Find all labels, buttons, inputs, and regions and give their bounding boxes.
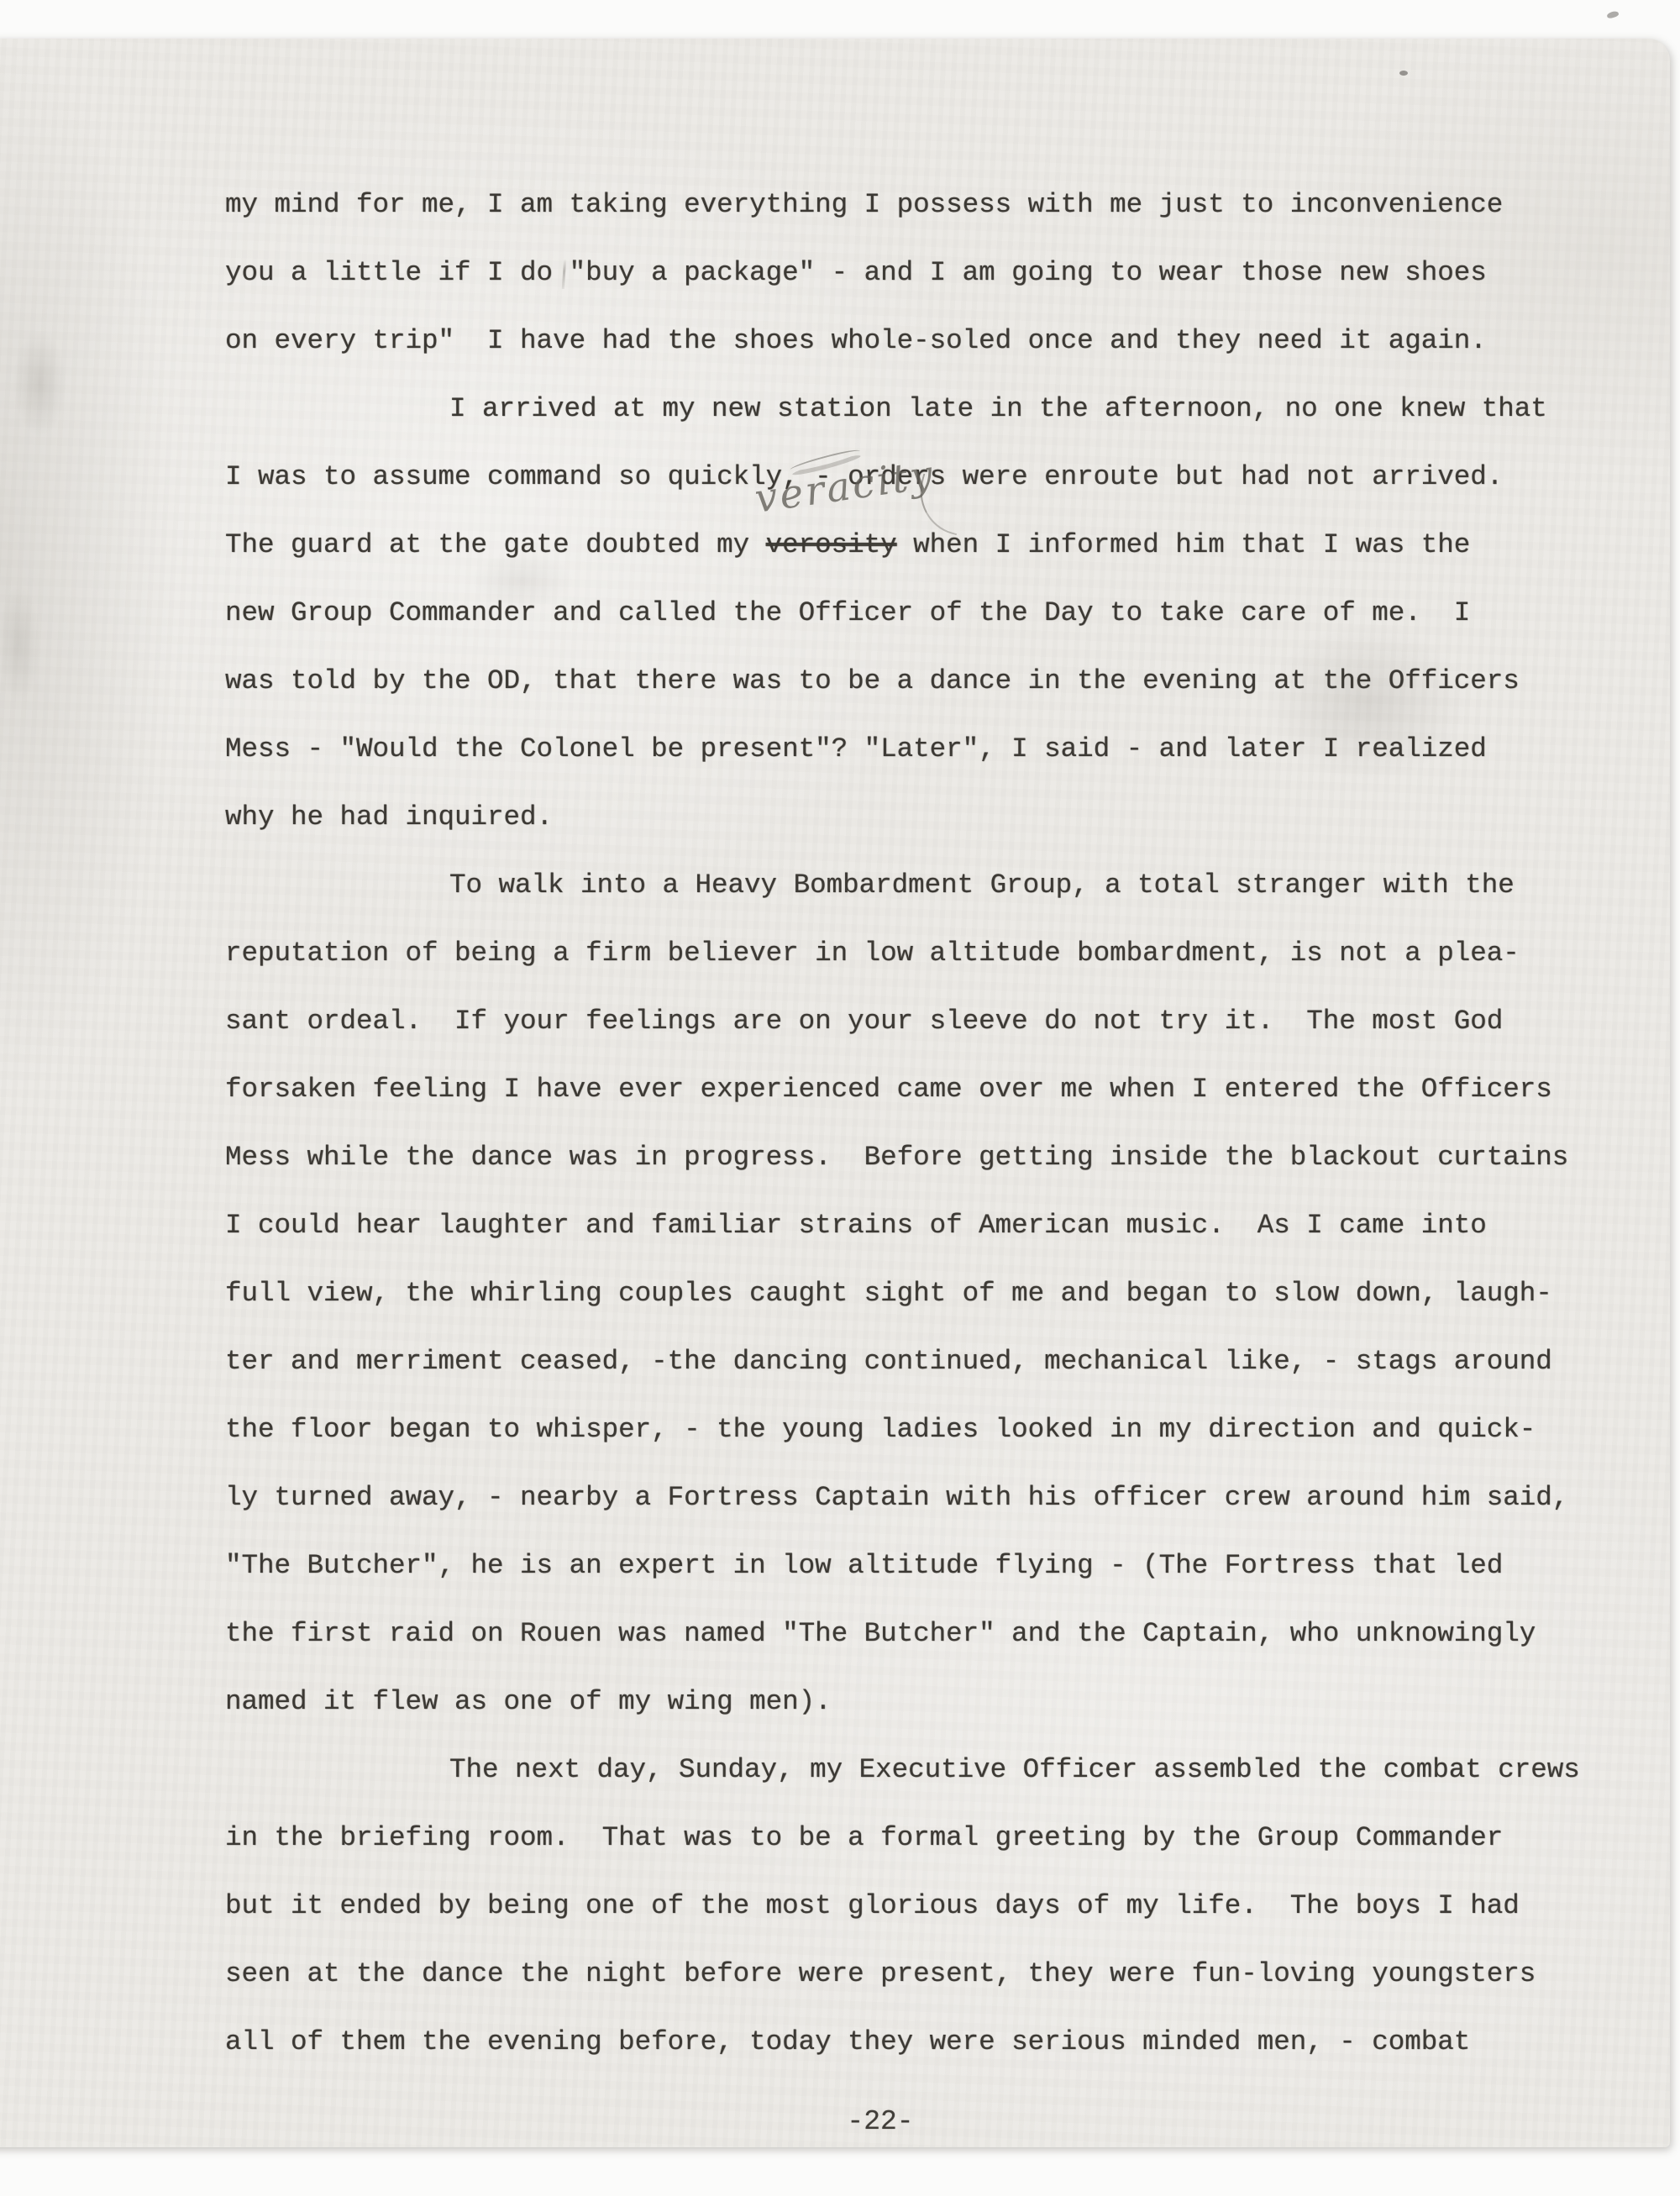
- typed-line: new Group Commander and called the Offic…: [225, 579, 1586, 647]
- typed-line: I could hear laughter and familiar strai…: [225, 1191, 1586, 1259]
- typed-line: my mind for me, I am taking everything I…: [225, 171, 1586, 239]
- typed-line: on every trip" I have had the shoes whol…: [225, 307, 1586, 375]
- paper-smudge: [0, 560, 49, 728]
- typed-line: The next day, Sunday, my Executive Offic…: [225, 1736, 1586, 1804]
- typed-text: when I informed him that I was the: [897, 529, 1471, 560]
- struck-word: verosity: [766, 529, 897, 560]
- typed-line: Mess - "Would the Colonel be present"? "…: [225, 715, 1586, 783]
- typed-line: named it flew as one of my wing men).: [225, 1668, 1586, 1736]
- typed-line: I arrived at my new station late in the …: [225, 375, 1586, 443]
- typed-lines: my mind for me, I am taking everything I…: [225, 171, 1586, 2076]
- typed-line: you a little if I do "buy a package" - a…: [225, 239, 1586, 307]
- typed-line: full view, the whirling couples caught s…: [225, 1259, 1586, 1327]
- typed-line: forsaken feeling I have ever experienced…: [225, 1055, 1586, 1123]
- typed-line: the first raid on Rouen was named "The B…: [225, 1600, 1586, 1668]
- typed-line: why he had inquired.: [225, 783, 1586, 851]
- typed-line: but it ended by being one of the most gl…: [225, 1872, 1586, 1940]
- typed-line: ly turned away, - nearby a Fortress Capt…: [225, 1463, 1586, 1531]
- typed-line: ter and merriment ceased, -the dancing c…: [225, 1327, 1586, 1395]
- typed-line: all of them the evening before, today th…: [225, 2008, 1586, 2076]
- typed-line: The guard at the gate doubted my verosit…: [225, 511, 1586, 579]
- typed-text: The guard at the gate doubted my: [225, 529, 766, 560]
- typed-line: reputation of being a firm believer in l…: [225, 919, 1586, 987]
- typed-line: the floor began to whisper, - the young …: [225, 1395, 1586, 1463]
- typed-line: in the briefing room. That was to be a f…: [225, 1804, 1586, 1872]
- scan-edge-mark: [1606, 10, 1619, 19]
- page-number: -22-: [225, 2095, 1536, 2149]
- typed-line: seen at the dance the night before were …: [225, 1940, 1586, 2008]
- typed-line: Mess while the dance was in progress. Be…: [225, 1123, 1586, 1191]
- typed-line: sant ordeal. If your feelings are on you…: [225, 987, 1586, 1055]
- paper-speck: [1399, 71, 1408, 76]
- typed-line: "The Butcher", he is an expert in low al…: [225, 1531, 1586, 1600]
- struck-word-wrap: verosityveracity: [766, 511, 897, 579]
- paper-smudge: [2, 307, 77, 459]
- typed-line: was told by the OD, that there was to be…: [225, 647, 1586, 715]
- typed-line: To walk into a Heavy Bombardment Group, …: [225, 851, 1586, 919]
